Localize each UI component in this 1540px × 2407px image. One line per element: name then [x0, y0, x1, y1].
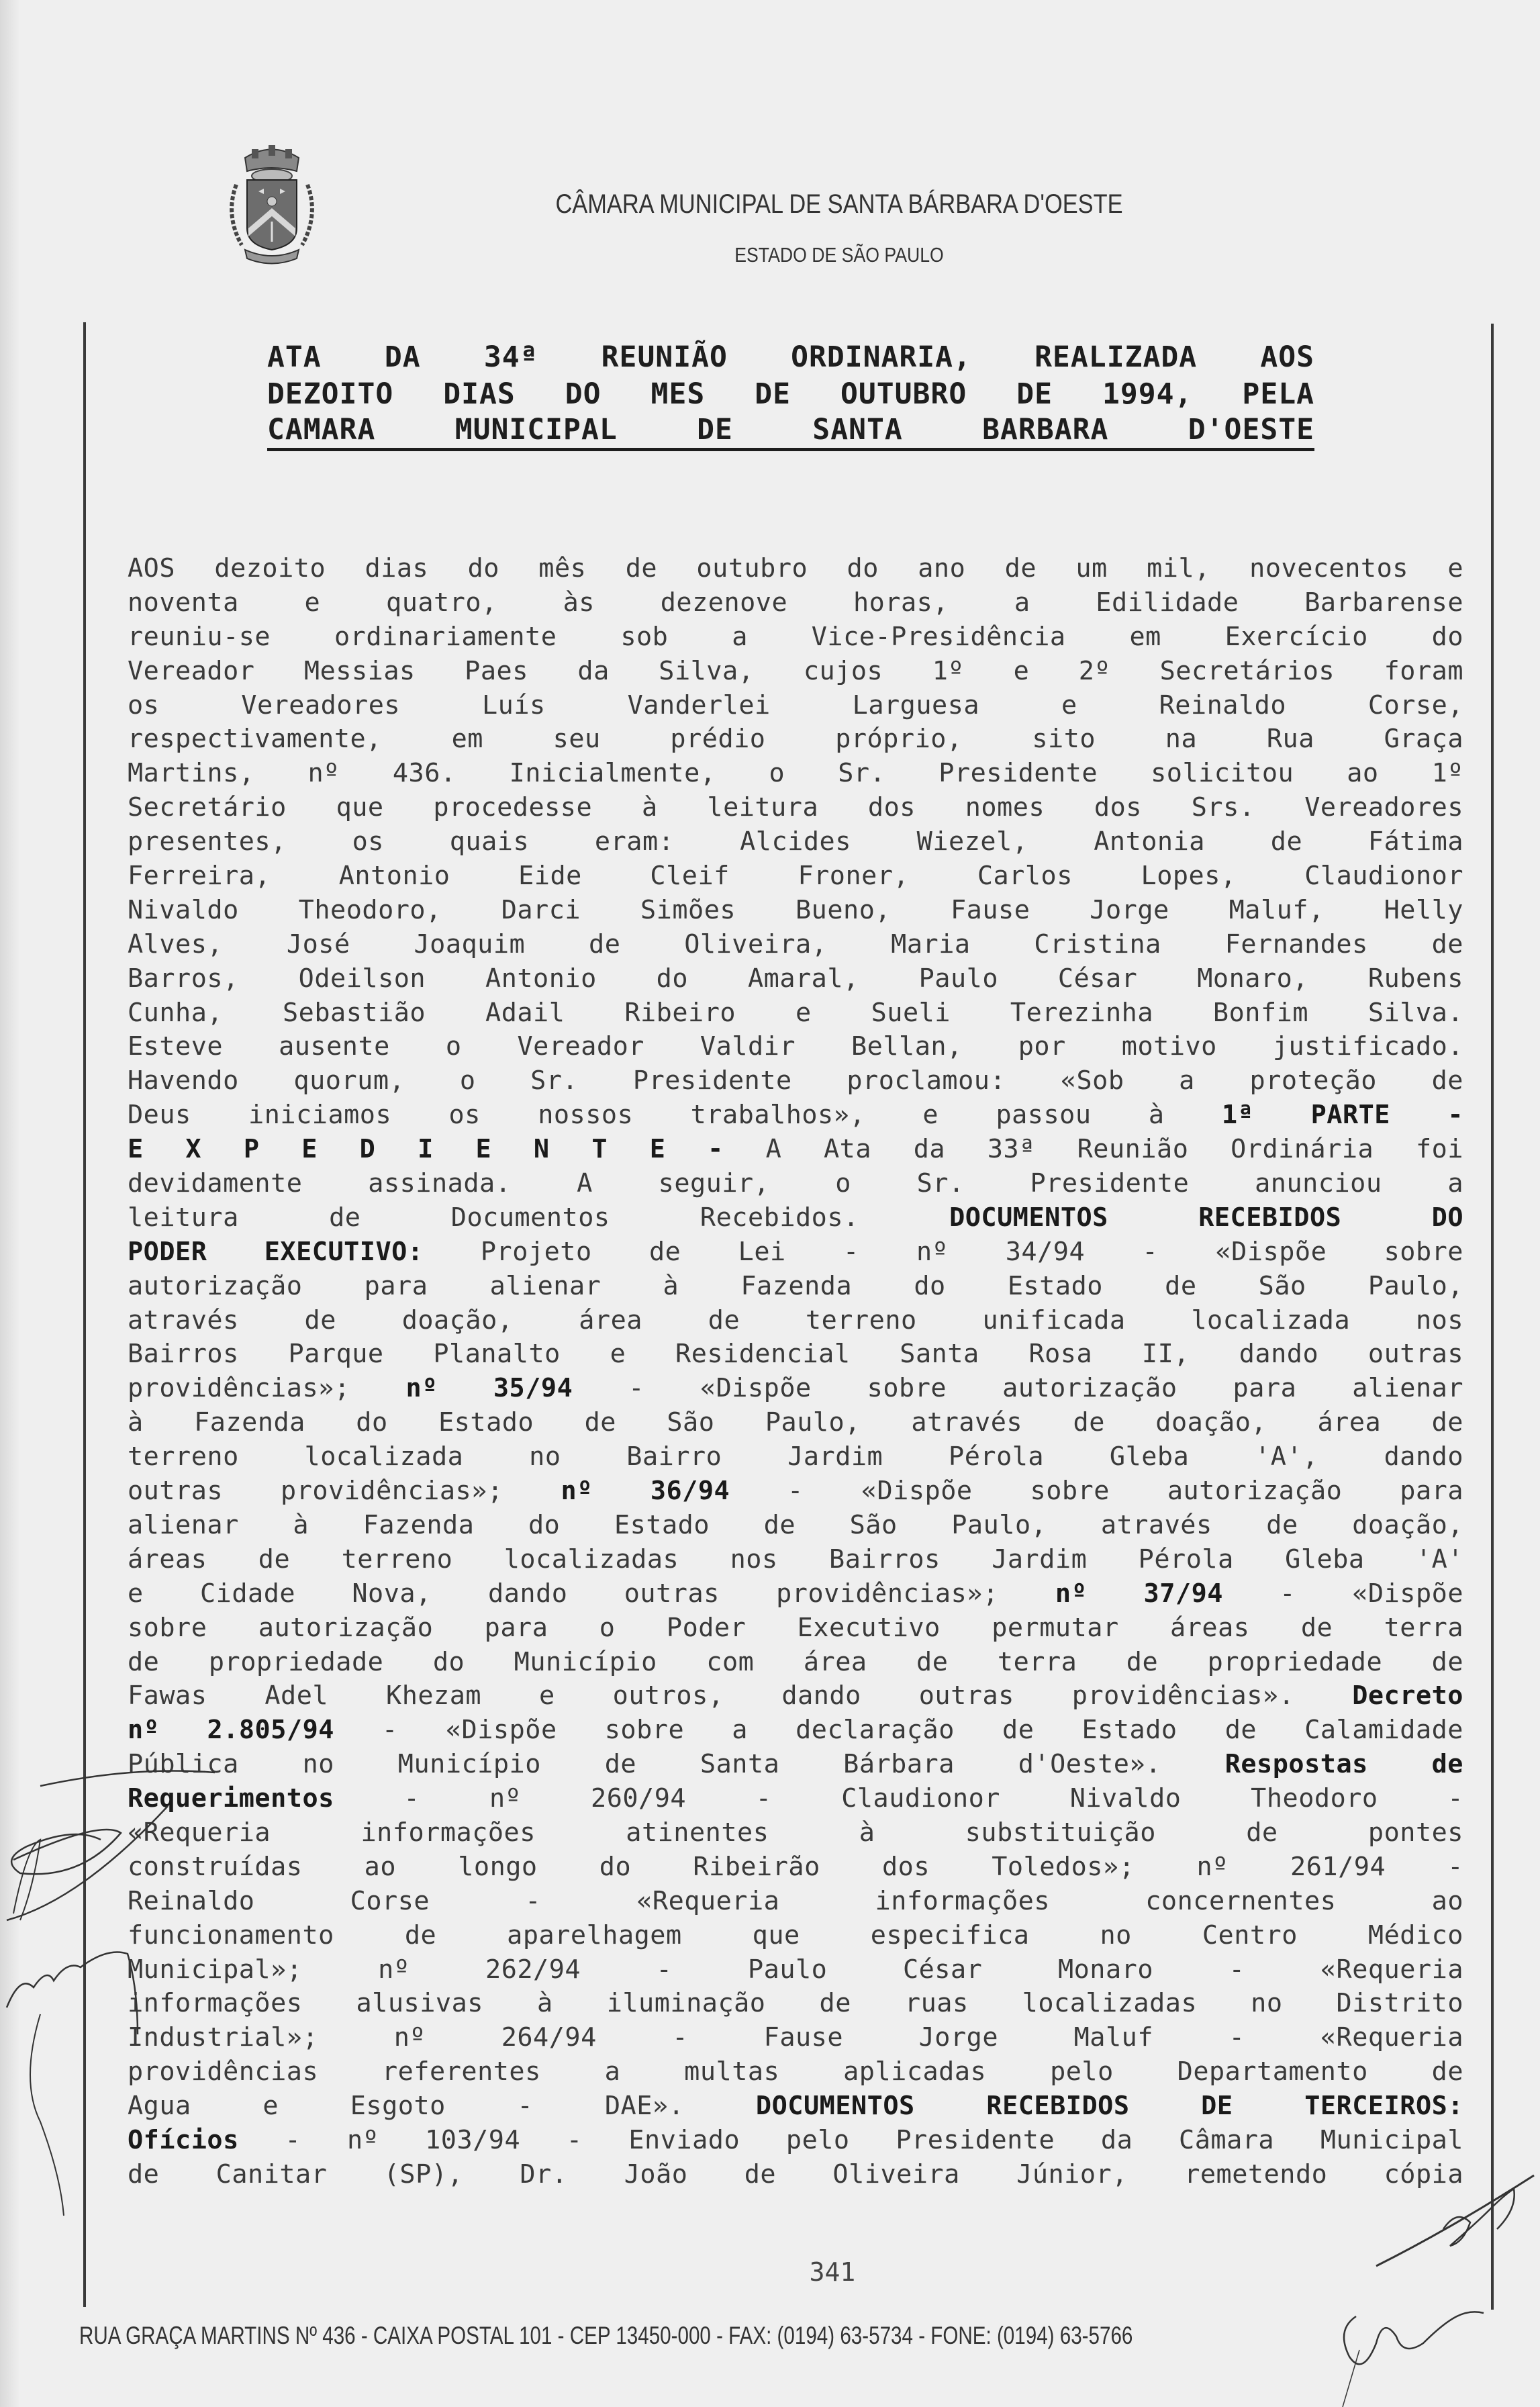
text-segment: de Canitar (SP), Dr. João de Oliveira Jú…: [128, 2159, 1463, 2189]
body-line: através de doação, área de terreno unifi…: [128, 1304, 1463, 1338]
text-segment: leitura de Documentos Recebidos.: [128, 1202, 949, 1233]
body-line: outras providências»; nº 36/94 - «Dispõe…: [128, 1474, 1463, 1509]
body-line: leitura de Documentos Recebidos. DOCUMEN…: [128, 1201, 1463, 1235]
body-line: Municipal»; nº 262/94 - Paulo César Mona…: [128, 1953, 1463, 1987]
body-line: autorização para alienar à Fazenda do Es…: [128, 1270, 1463, 1304]
left-margin-line: [83, 322, 86, 2307]
body-line: Pública no Município de Santa Bárbara d'…: [128, 1748, 1463, 1782]
text-segment: através de doação, área de terreno unifi…: [128, 1305, 1463, 1335]
institution-name: CÂMARA MUNICIPAL DE SANTA BÁRBARA D'OEST…: [522, 189, 1157, 220]
text-segment: construídas ao longo do Ribeirão dos Tol…: [128, 1852, 1463, 1882]
text-segment: Barros, Odeilson Antonio do Amaral, Paul…: [128, 963, 1463, 994]
text-segment: terreno localizada no Bairro Jardim Péro…: [128, 1442, 1463, 1472]
text-segment: sobre autorização para o Poder Executivo…: [128, 1613, 1463, 1643]
text-segment: Vereador Messias Paes da Silva, cujos 1º…: [128, 656, 1463, 686]
bold-segment: 1ª PARTE -: [1222, 1100, 1463, 1130]
body-line: devidamente assinada. A seguir, o Sr. Pr…: [128, 1167, 1463, 1201]
body-line: Vereador Messias Paes da Silva, cujos 1º…: [128, 655, 1463, 689]
title-line: CAMARA MUNICIPAL DE SANTA BARBARA D'OEST…: [267, 413, 1314, 451]
body-line: terreno localizada no Bairro Jardim Péro…: [128, 1440, 1463, 1474]
text-segment: Martins, nº 436. Inicialmente, o Sr. Pre…: [128, 758, 1463, 788]
text-segment: providências referentes a multas aplicad…: [128, 2057, 1463, 2087]
body-line: Reinaldo Corse - «Requeria informações c…: [128, 1885, 1463, 1919]
bold-segment: Requerimentos: [128, 1783, 334, 1813]
text-segment: Havendo quorum, o Sr. Presidente proclam…: [128, 1066, 1463, 1096]
body-line: Barros, Odeilson Antonio do Amaral, Paul…: [128, 962, 1463, 996]
body-line: nº 2.805/94 - «Dispõe sobre a declaração…: [128, 1713, 1463, 1748]
body-line: Ferreira, Antonio Eide Cleif Froner, Car…: [128, 859, 1463, 894]
text-segment: Reinaldo Corse - «Requeria informações c…: [128, 1886, 1463, 1916]
body-line: reuniu-se ordinariamente sob a Vice-Pres…: [128, 620, 1463, 655]
text-segment: Nivaldo Theodoro, Darci Simões Bueno, Fa…: [128, 895, 1463, 925]
body-line: Havendo quorum, o Sr. Presidente proclam…: [128, 1064, 1463, 1098]
text-segment: AOS dezoito dias do mês de outubro do an…: [128, 553, 1463, 583]
text-segment: - «Dispõe sobre autorização para: [730, 1476, 1463, 1506]
signature-footer-initials-icon: [1329, 2303, 1490, 2407]
text-segment: áreas de terreno localizadas nos Bairros…: [128, 1544, 1463, 1574]
text-segment: Industrial»; nº 264/94 - Fause Jorge Mal…: [128, 2022, 1463, 2052]
body-line: Secretário que procedesse à leitura dos …: [128, 791, 1463, 825]
bold-segment: E X P E D I E N T E -: [128, 1134, 724, 1164]
body-line: áreas de terreno localizadas nos Bairros…: [128, 1543, 1463, 1577]
coat-of-arms-icon: [222, 134, 322, 269]
body-line: alienar à Fazenda do Estado de São Paulo…: [128, 1509, 1463, 1543]
text-segment: outras providências»;: [128, 1476, 561, 1506]
body-line: à Fazenda do Estado de São Paulo, atravé…: [128, 1406, 1463, 1440]
text-segment: Agua e Esgoto - DAE».: [128, 2091, 756, 2121]
bold-segment: DOCUMENTOS RECEBIDOS DO: [949, 1202, 1463, 1233]
body-line: AOS dezoito dias do mês de outubro do an…: [128, 552, 1463, 586]
text-segment: de propriedade do Município com área de …: [128, 1647, 1463, 1677]
body-line: Nivaldo Theodoro, Darci Simões Bueno, Fa…: [128, 894, 1463, 928]
body-line: Agua e Esgoto - DAE». DOCUMENTOS RECEBID…: [128, 2089, 1463, 2124]
body-line: «Requeria informações atinentes à substi…: [128, 1816, 1463, 1850]
text-segment: e Cidade Nova, dando outras providências…: [128, 1578, 1055, 1609]
bold-segment: nº 36/94: [561, 1476, 730, 1506]
text-segment: - nº 103/94 - Enviado pelo Presidente da…: [239, 2125, 1463, 2155]
minutes-body: AOS dezoito dias do mês de outubro do an…: [128, 552, 1463, 2192]
text-segment: Cunha, Sebastião Adail Ribeiro e Sueli T…: [128, 998, 1463, 1028]
right-margin-line: [1491, 324, 1494, 2310]
scan-edge-shadow: [0, 0, 20, 2407]
text-segment: funcionamento de aparelhagem que especif…: [128, 1920, 1463, 1950]
body-line: e Cidade Nova, dando outras providências…: [128, 1577, 1463, 1611]
text-segment: respectivamente, em seu prédio próprio, …: [128, 724, 1463, 754]
bold-segment: Decreto: [1352, 1681, 1463, 1711]
body-line: sobre autorização para o Poder Executivo…: [128, 1611, 1463, 1646]
bold-segment: Respostas de: [1225, 1749, 1463, 1779]
text-segment: Deus iniciamos os nossos trabalhos», e p…: [128, 1100, 1222, 1130]
body-line: Esteve ausente o Vereador Valdir Bellan,…: [128, 1030, 1463, 1064]
body-line: E X P E D I E N T E - A Ata da 33ª Reuni…: [128, 1133, 1463, 1167]
text-segment: alienar à Fazenda do Estado de São Paulo…: [128, 1510, 1463, 1540]
text-segment: devidamente assinada. A seguir, o Sr. Pr…: [128, 1168, 1463, 1198]
body-line: Fawas Adel Khezam e outros, dando outras…: [128, 1679, 1463, 1713]
bold-segment: nº 37/94: [1055, 1578, 1223, 1609]
text-segment: - «Dispõe: [1223, 1578, 1463, 1609]
text-segment: providências»;: [128, 1373, 406, 1403]
body-line: de propriedade do Município com área de …: [128, 1646, 1463, 1680]
body-line: Martins, nº 436. Inicialmente, o Sr. Pre…: [128, 757, 1463, 791]
text-segment: Alves, José Joaquim de Oliveira, Maria C…: [128, 929, 1463, 959]
bold-segment: nº 2.805/94: [128, 1715, 334, 1745]
text-segment: Fawas Adel Khezam e outros, dando outras…: [128, 1681, 1352, 1711]
text-segment: Esteve ausente o Vereador Valdir Bellan,…: [128, 1031, 1463, 1061]
body-line: noventa e quatro, às dezenove horas, a E…: [128, 586, 1463, 620]
body-line: Ofícios - nº 103/94 - Enviado pelo Presi…: [128, 2124, 1463, 2158]
text-segment: autorização para alienar à Fazenda do Es…: [128, 1271, 1463, 1301]
body-line: Alves, José Joaquim de Oliveira, Maria C…: [128, 928, 1463, 962]
bold-segment: Ofícios: [128, 2125, 239, 2155]
bold-segment: PODER EXECUTIVO:: [128, 1237, 424, 1267]
text-segment: Projeto de Lei - nº 34/94 - «Dispõe sobr…: [424, 1237, 1463, 1267]
footer-address: RUA GRAÇA MARTINS Nº 436 - CAIXA POSTAL …: [79, 2322, 1229, 2350]
text-segment: Bairros Parque Planalto e Residencial Sa…: [128, 1339, 1463, 1369]
body-line: presentes, os quais eram: Alcides Wiezel…: [128, 825, 1463, 859]
body-line: Industrial»; nº 264/94 - Fause Jorge Mal…: [128, 2021, 1463, 2055]
body-line: providências»; nº 35/94 - «Dispõe sobre …: [128, 1372, 1463, 1406]
text-segment: noventa e quatro, às dezenove horas, a E…: [128, 587, 1463, 618]
text-segment: à Fazenda do Estado de São Paulo, atravé…: [128, 1407, 1463, 1437]
title-line: DEZOITO DIAS DO MES DE OUTUBRO DE 1994, …: [267, 376, 1314, 413]
body-line: os Vereadores Luís Vanderlei Larguesa e …: [128, 689, 1463, 723]
text-segment: - nº 260/94 - Claudionor Nivaldo Theodor…: [334, 1783, 1463, 1813]
text-segment: Pública no Município de Santa Bárbara d'…: [128, 1749, 1225, 1779]
body-line: respectivamente, em seu prédio próprio, …: [128, 722, 1463, 757]
body-line: de Canitar (SP), Dr. João de Oliveira Jú…: [128, 2158, 1463, 2192]
text-segment: reuniu-se ordinariamente sob a Vice-Pres…: [128, 622, 1463, 652]
text-segment: Secretário que procedesse à leitura dos …: [128, 792, 1463, 822]
body-line: Cunha, Sebastião Adail Ribeiro e Sueli T…: [128, 996, 1463, 1031]
body-line: PODER EXECUTIVO: Projeto de Lei - nº 34/…: [128, 1235, 1463, 1270]
body-line: construídas ao longo do Ribeirão dos Tol…: [128, 1850, 1463, 1885]
body-line: informações alusivas à iluminação de rua…: [128, 1987, 1463, 2021]
body-line: providências referentes a multas aplicad…: [128, 2055, 1463, 2089]
text-segment: - «Dispõe sobre autorização para alienar: [573, 1373, 1463, 1403]
body-line: funcionamento de aparelhagem que especif…: [128, 1919, 1463, 1953]
text-segment: Municipal»; nº 262/94 - Paulo César Mona…: [128, 1954, 1463, 1985]
body-line: Bairros Parque Planalto e Residencial Sa…: [128, 1337, 1463, 1372]
body-line: Requerimentos - nº 260/94 - Claudionor N…: [128, 1782, 1463, 1816]
text-segment: «Requeria informações atinentes à substi…: [128, 1818, 1463, 1848]
state-name: ESTADO DE SÃO PAULO: [522, 243, 1157, 267]
text-segment: presentes, os quais eram: Alcides Wiezel…: [128, 827, 1463, 857]
text-segment: os Vereadores Luís Vanderlei Larguesa e …: [128, 690, 1463, 720]
body-line: Deus iniciamos os nossos trabalhos», e p…: [128, 1098, 1463, 1133]
bold-segment: DOCUMENTOS RECEBIDOS DE TERCEIROS:: [756, 2091, 1463, 2121]
text-segment: A Ata da 33ª Reunião Ordinária foi: [724, 1134, 1463, 1164]
document-title: ATA DA 34ª REUNIÃO ORDINARIA, REALIZADA …: [267, 339, 1314, 451]
page-number: 341: [792, 2257, 873, 2287]
text-segment: informações alusivas à iluminação de rua…: [128, 1988, 1463, 2018]
text-segment: - «Dispõe sobre a declaração de Estado d…: [334, 1715, 1463, 1745]
text-segment: Ferreira, Antonio Eide Cleif Froner, Car…: [128, 861, 1463, 891]
title-line: ATA DA 34ª REUNIÃO ORDINARIA, REALIZADA …: [267, 339, 1314, 376]
bold-segment: nº 35/94: [406, 1373, 573, 1403]
